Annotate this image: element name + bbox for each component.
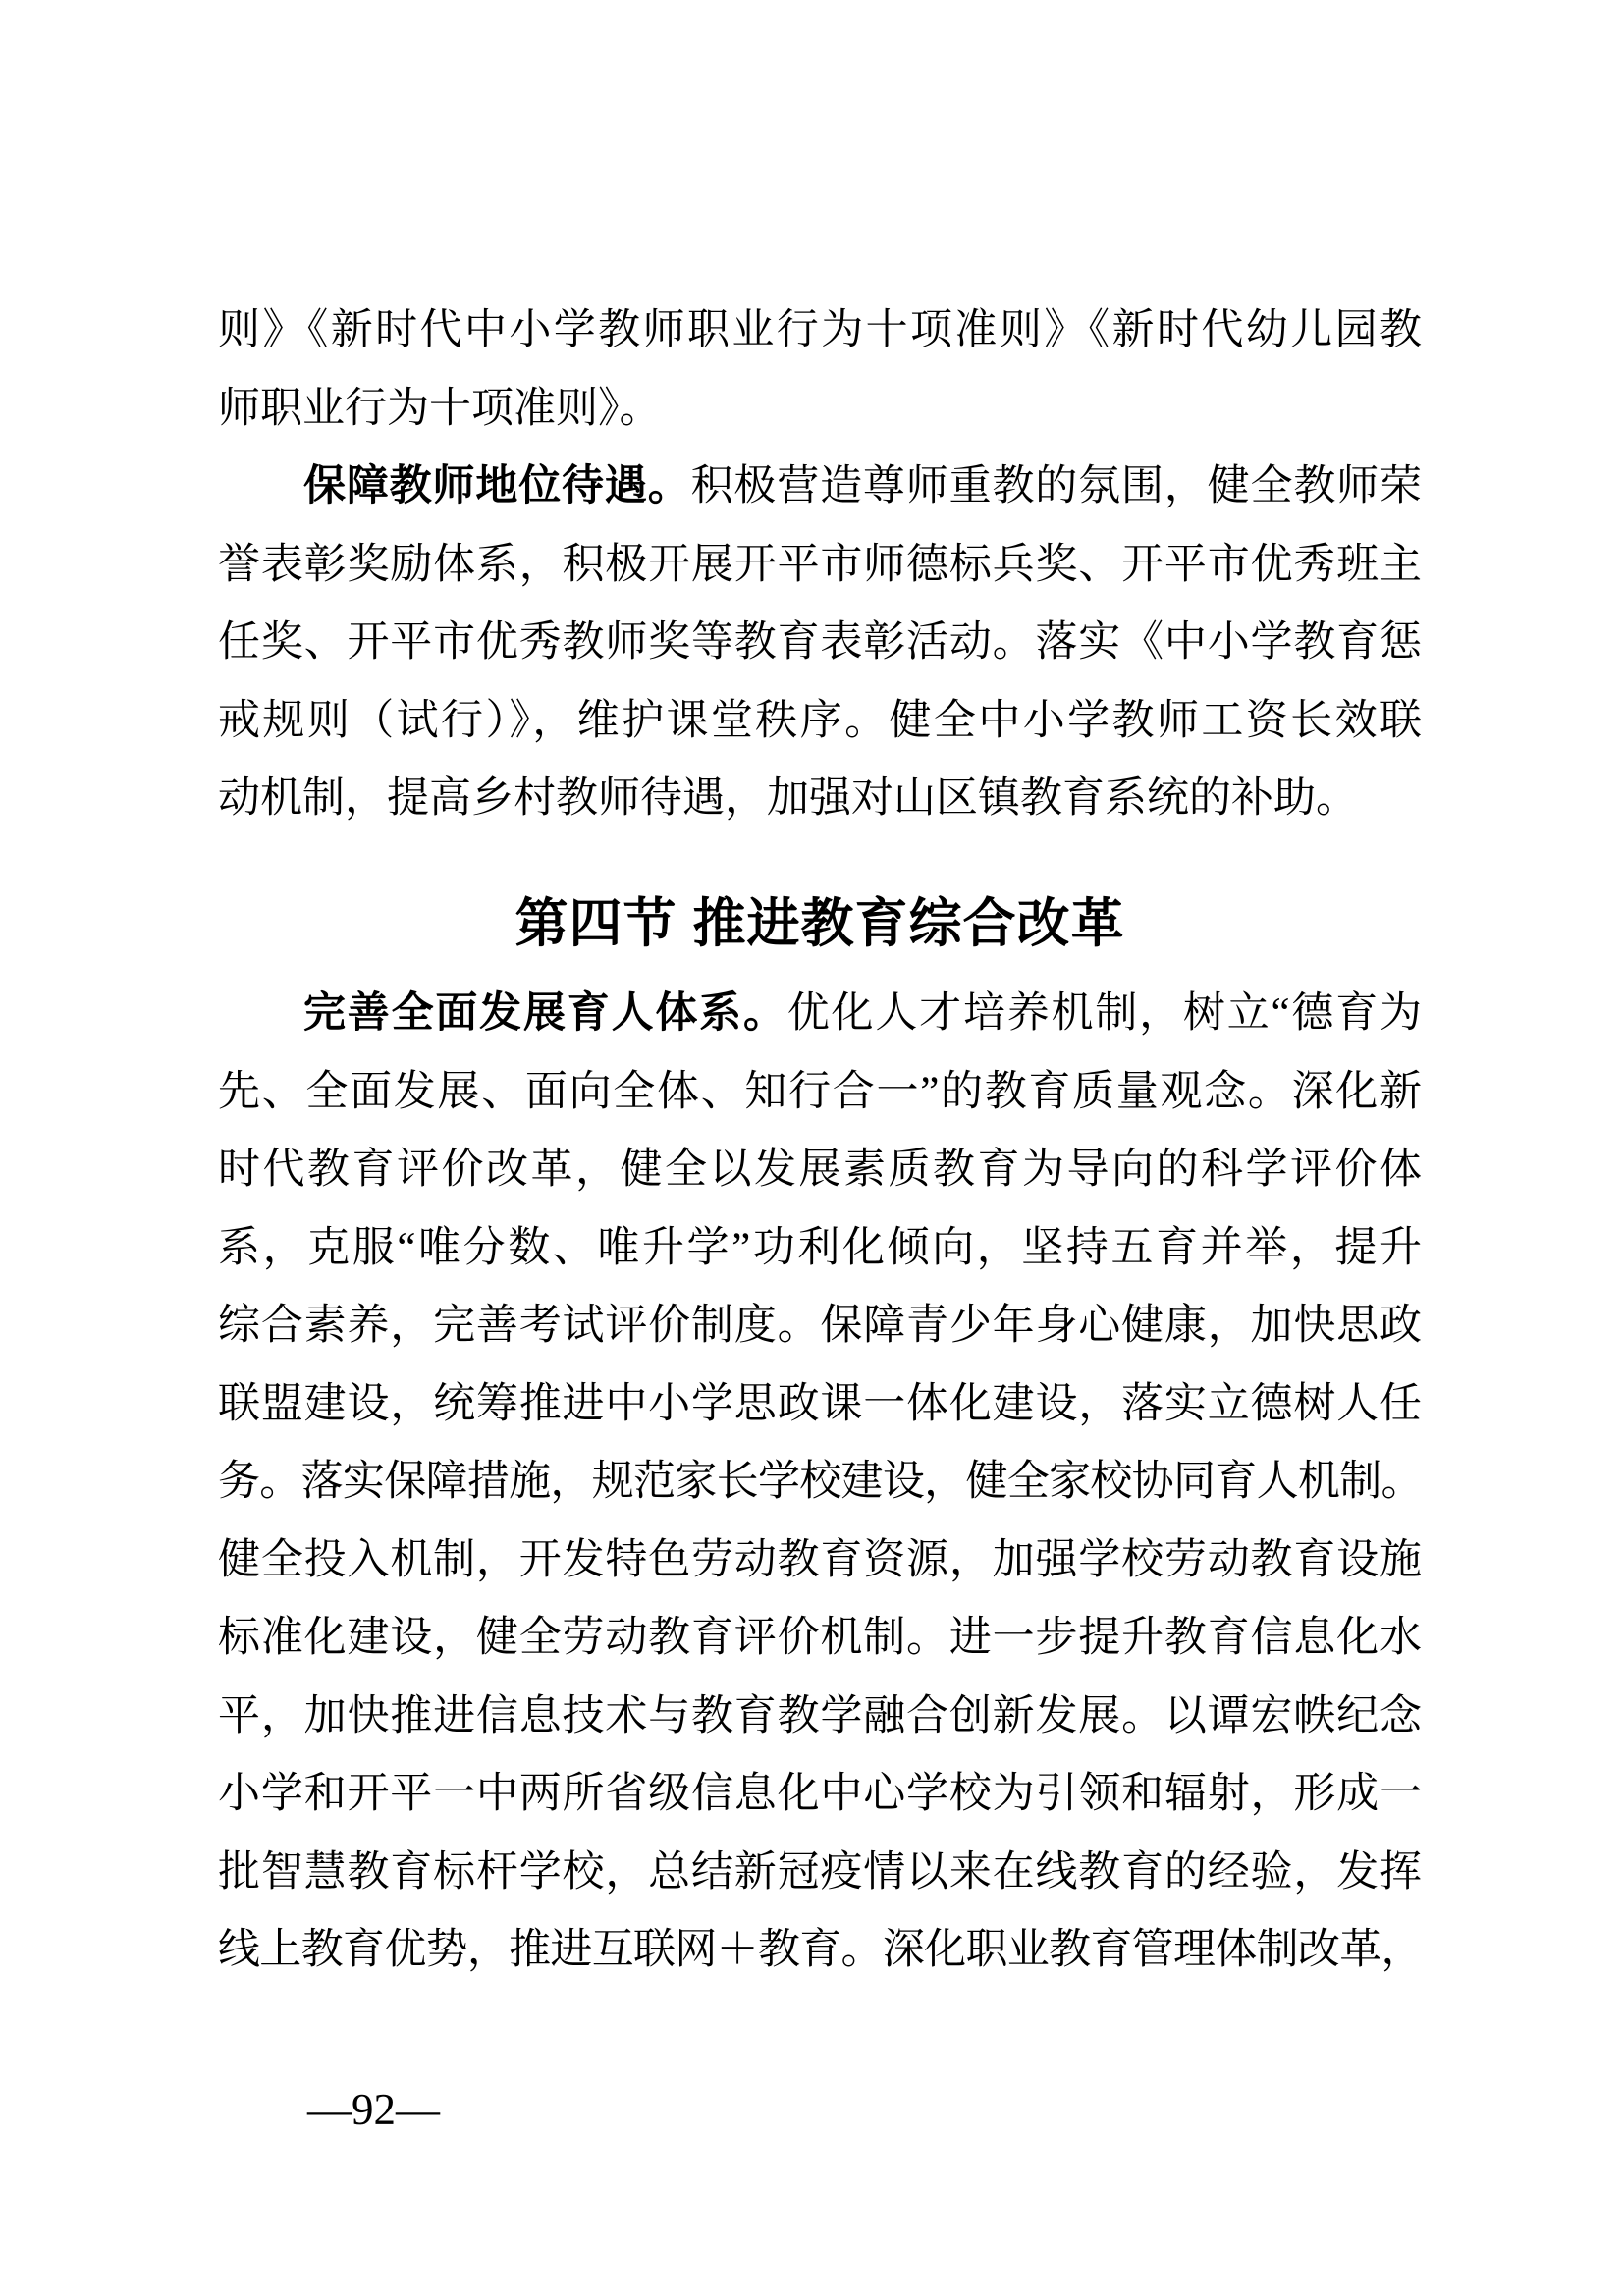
paragraph-lead: 完善全面发展育人体系。 [303, 990, 787, 1037]
text-line: 平，加快推进信息技术与教育教学融合创新发展。以谭宏帙纪念 [218, 1678, 1422, 1756]
text-run: 优化人才培养机制，树立“德育为 [787, 990, 1422, 1037]
document-page: 则》《新时代中小学教师职业行为十项准则》《新时代幼儿园教 师职业行为十项准则》。… [0, 0, 1624, 2296]
text-line: 完善全面发展育人体系。优化人才培养机制，树立“德育为 [218, 975, 1422, 1053]
page-number: —92— [307, 2085, 440, 2134]
text-line: 健全投入机制，开发特色劳动教育资源，加强学校劳动教育设施 [218, 1522, 1422, 1600]
section-heading: 第四节 推进教育综合改革 [218, 885, 1422, 964]
text-run: 积极营造尊师重教的氛围，健全教师荣 [691, 463, 1422, 509]
text-line: 动机制，提高乡村教师待遇，加强对山区镇教育系统的补助。 [218, 760, 1422, 838]
text-line: 批智慧教育标杆学校，总结新冠疫情以来在线教育的经验，发挥 [218, 1834, 1422, 1912]
text-line: 线上教育优势，推进互联网＋教育。深化职业教育管理体制改革， [218, 1911, 1422, 1990]
paragraph-1: 则》《新时代中小学教师职业行为十项准则》《新时代幼儿园教 师职业行为十项准则》。 [218, 292, 1422, 448]
text-line: 联盟建设，统筹推进中小学思政课一体化建设，落实立德树人任 [218, 1365, 1422, 1444]
text-line: 务。落实保障措施，规范家长学校建设，健全家校协同育人机制。 [218, 1443, 1422, 1522]
text-line: 小学和开平一中两所省级信息化中心学校为引领和辐射，形成一 [218, 1755, 1422, 1834]
page-body: 则》《新时代中小学教师职业行为十项准则》《新时代幼儿园教 师职业行为十项准则》。… [218, 292, 1422, 1990]
text-line: 时代教育评价改革，健全以发展素质教育为导向的科学评价体 [218, 1131, 1422, 1209]
paragraph-2: 保障教师地位待遇。积极营造尊师重教的氛围，健全教师荣 誉表彰奖励体系，积极开展开… [218, 448, 1422, 838]
text-line: 综合素养，完善考试评价制度。保障青少年身心健康，加快思政 [218, 1287, 1422, 1365]
text-line: 则》《新时代中小学教师职业行为十项准则》《新时代幼儿园教 [218, 292, 1422, 370]
paragraph-3: 完善全面发展育人体系。优化人才培养机制，树立“德育为 先、全面发展、面向全体、知… [218, 975, 1422, 1990]
text-line: 先、全面发展、面向全体、知行合一”的教育质量观念。深化新 [218, 1053, 1422, 1132]
text-line: 师职业行为十项准则》。 [218, 370, 1422, 449]
text-line: 保障教师地位待遇。积极营造尊师重教的氛围，健全教师荣 [218, 448, 1422, 526]
text-line: 任奖、开平市优秀教师奖等教育表彰活动。落实《中小学教育惩 [218, 604, 1422, 682]
text-line: 系，克服“唯分数、唯升学”功利化倾向，坚持五育并举，提升 [218, 1209, 1422, 1288]
text-line: 标准化建设，健全劳动教育评价机制。进一步提升教育信息化水 [218, 1599, 1422, 1678]
paragraph-lead: 保障教师地位待遇。 [303, 463, 691, 509]
text-line: 誉表彰奖励体系，积极开展开平市师德标兵奖、开平市优秀班主 [218, 526, 1422, 605]
text-line: 戒规则（试行）》，维护课堂秩序。健全中小学教师工资长效联 [218, 682, 1422, 761]
